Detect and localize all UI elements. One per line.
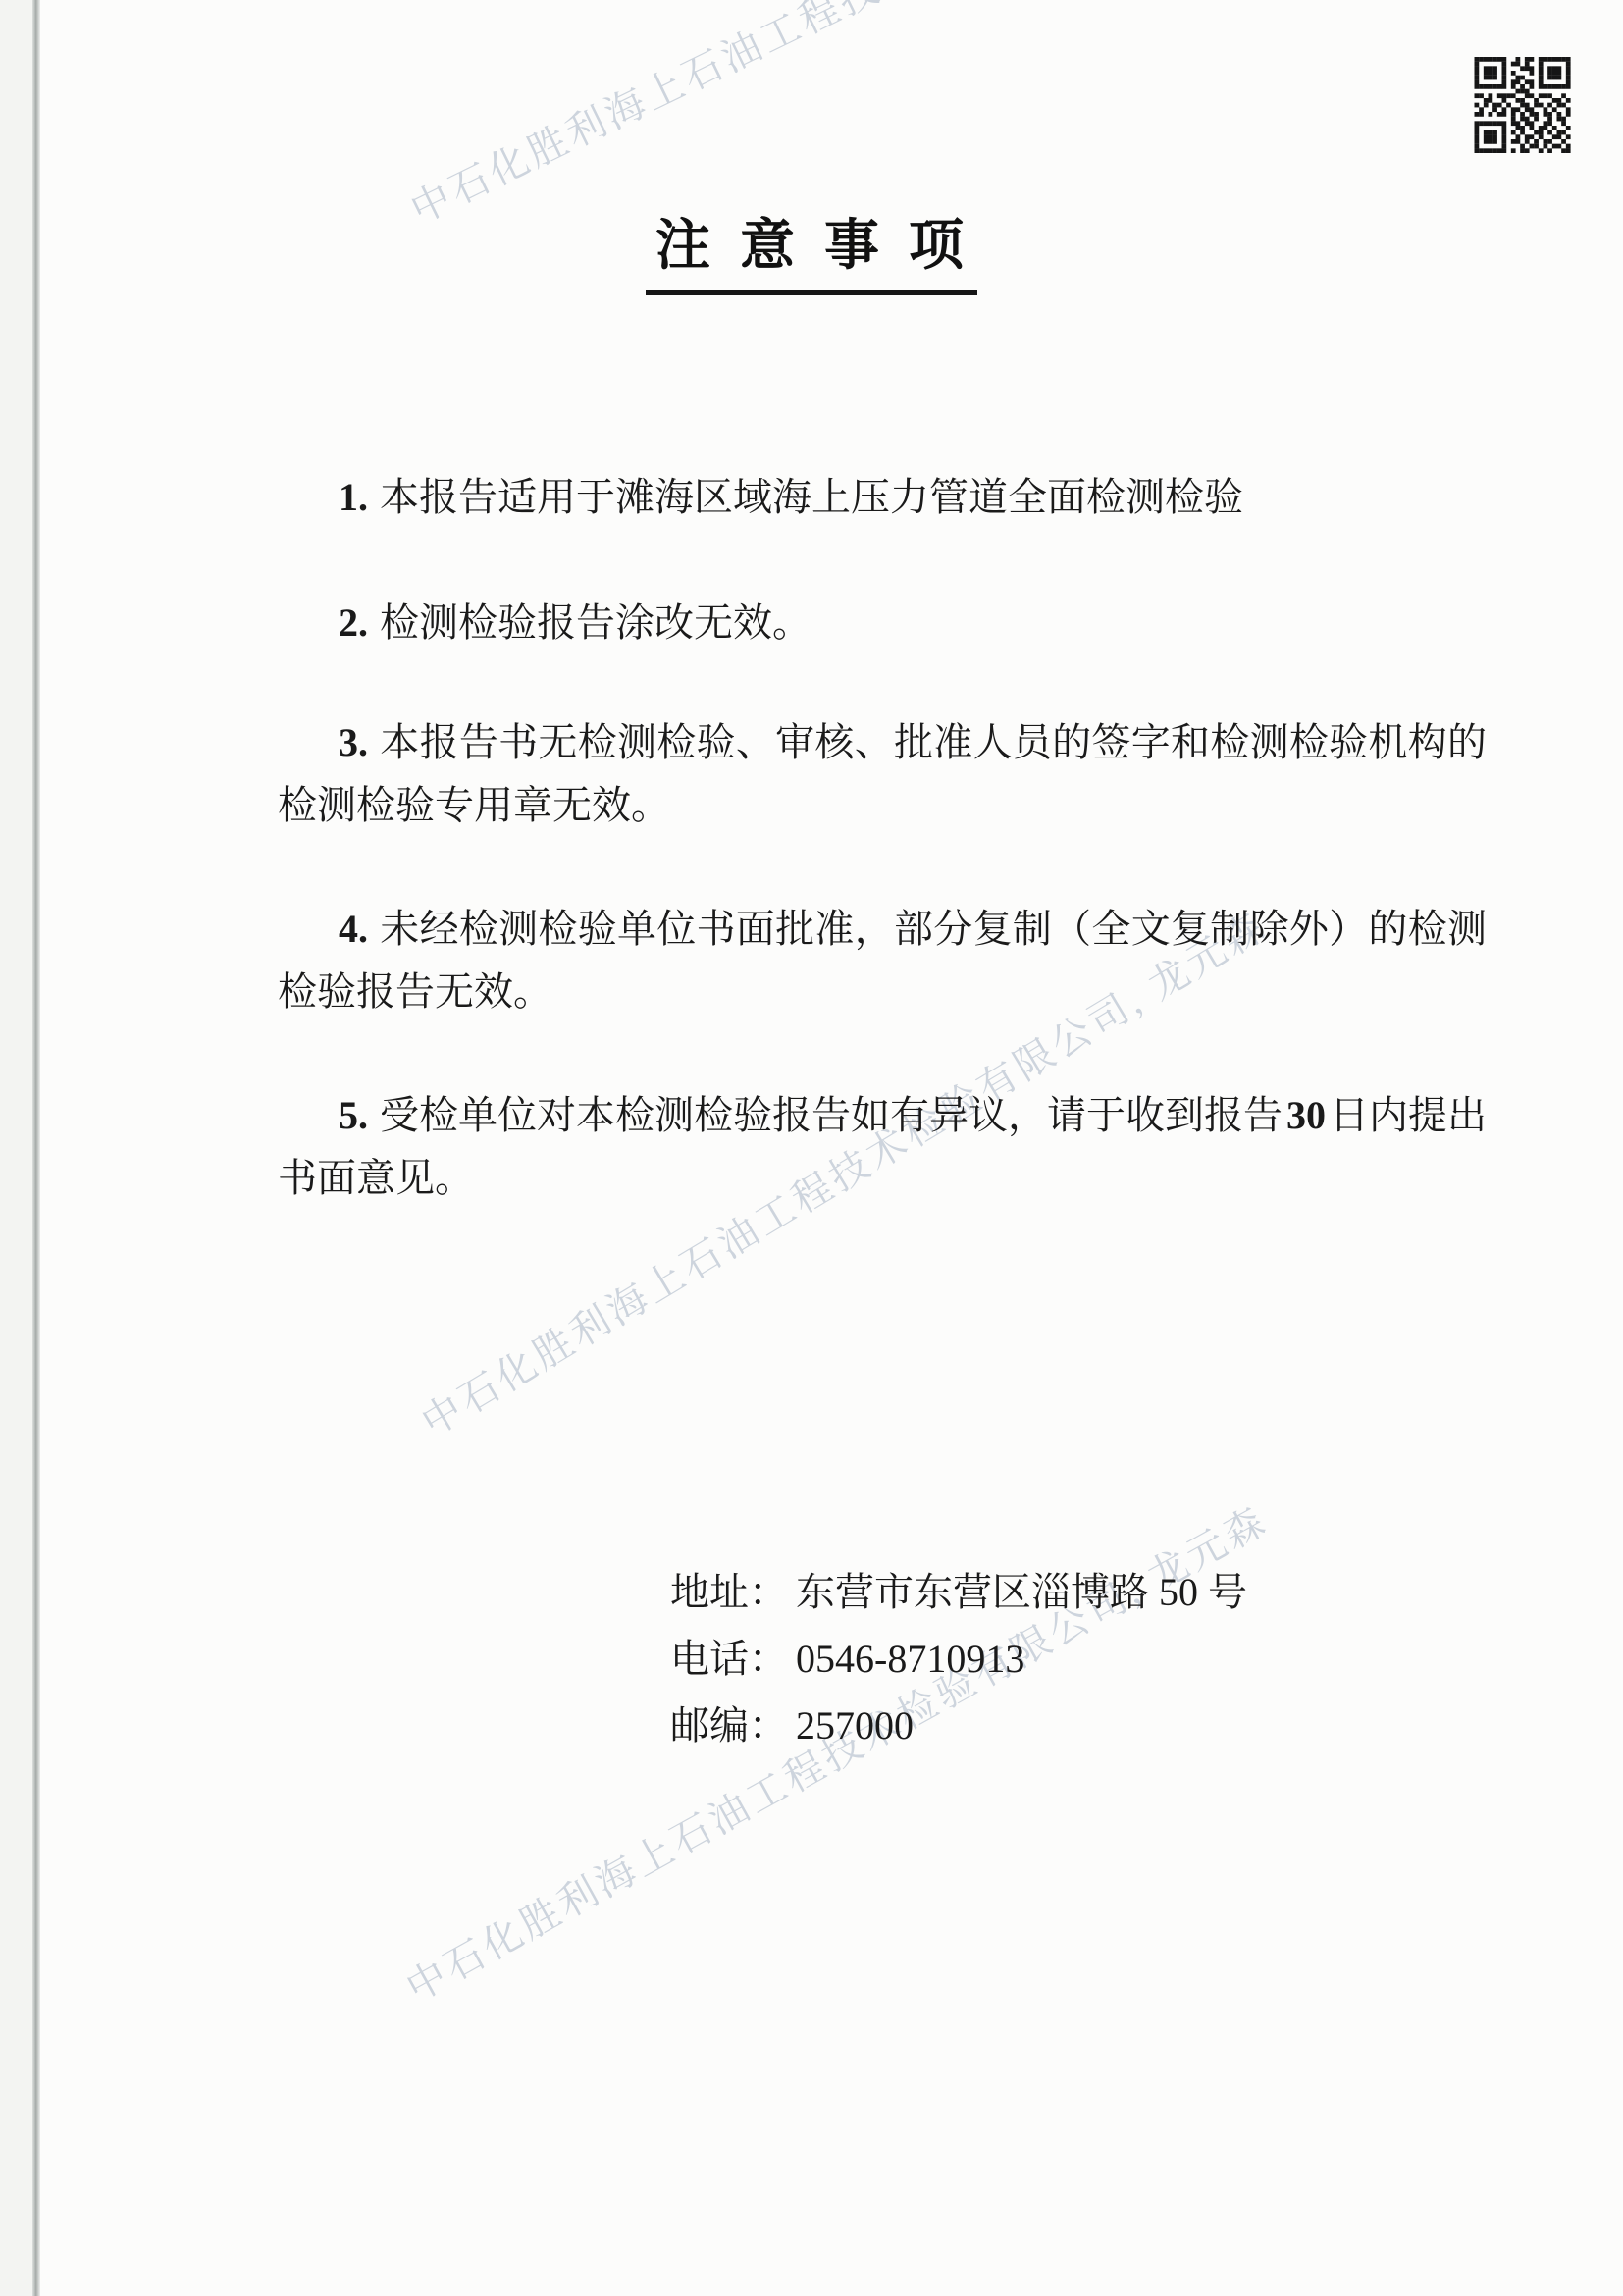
postcode-label: 邮编： (670, 1703, 788, 1748)
notice-item-4: 4.未经检测检验单位书面批准，部分复制（全文复制除外）的检测检验报告无效。 (278, 898, 1487, 1023)
watermark-top: 中石化胜利海上石油工程技术检验有限公司, 龙元森 (400, 0, 1303, 235)
address-label: 地址： (670, 1570, 788, 1614)
notice-number: 1. (339, 475, 368, 519)
contact-phone-row: 电话：0546-8710913 (670, 1635, 1024, 1684)
postcode-value: 257000 (796, 1703, 914, 1748)
notice-text: 受检单位对本检测检验报告如有异议，请于收到报告 (380, 1093, 1283, 1137)
notice-number: 2. (339, 600, 368, 645)
scan-fold-line (32, 0, 40, 2296)
notice-text: 本报告书无检测检验、审核、批准人员的签字和检测检验机构的检测检验专用章无效。 (278, 720, 1487, 827)
phone-value: 0546-8710913 (796, 1637, 1024, 1681)
qr-code-icon (1474, 57, 1571, 153)
notice-item-5: 5.受检单位对本检测检验报告如有异议，请于收到报告30日内提出书面意见。 (278, 1084, 1487, 1210)
notice-item-2: 2.检测检验报告涂改无效。 (278, 592, 1487, 654)
notice-item-3: 3.本报告书无检测检验、审核、批准人员的签字和检测检验机构的检测检验专用章无效。 (278, 711, 1487, 837)
notice-item-1: 1.本报告适用于滩海区域海上压力管道全面检测检验 (278, 466, 1487, 529)
title-row: 注 意 事 项 (0, 202, 1623, 295)
notice-number: 3. (339, 720, 368, 764)
notice-days-number: 30 (1286, 1093, 1326, 1137)
notice-text: 检测检验报告涂改无效。 (380, 600, 811, 645)
phone-label: 电话： (670, 1637, 788, 1681)
notice-number: 4. (339, 907, 368, 951)
contact-address-row: 地址：东营市东营区淄博路 50 号 (670, 1568, 1247, 1617)
scan-edge-strip (0, 0, 33, 2296)
document-page: 中石化胜利海上石油工程技术检验有限公司, 龙元森 中石化胜利海上石油工程技术检验… (0, 0, 1623, 2296)
notice-text: 未经检测检验单位书面批准，部分复制（全文复制除外）的检测检验报告无效。 (278, 907, 1487, 1014)
notice-text: 本报告适用于滩海区域海上压力管道全面检测检验 (380, 475, 1243, 519)
contact-postcode-row: 邮编：257000 (670, 1701, 914, 1750)
page-title: 注 意 事 项 (646, 202, 977, 295)
address-value: 东营市东营区淄博路 50 号 (796, 1570, 1247, 1614)
notice-number: 5. (339, 1093, 368, 1137)
